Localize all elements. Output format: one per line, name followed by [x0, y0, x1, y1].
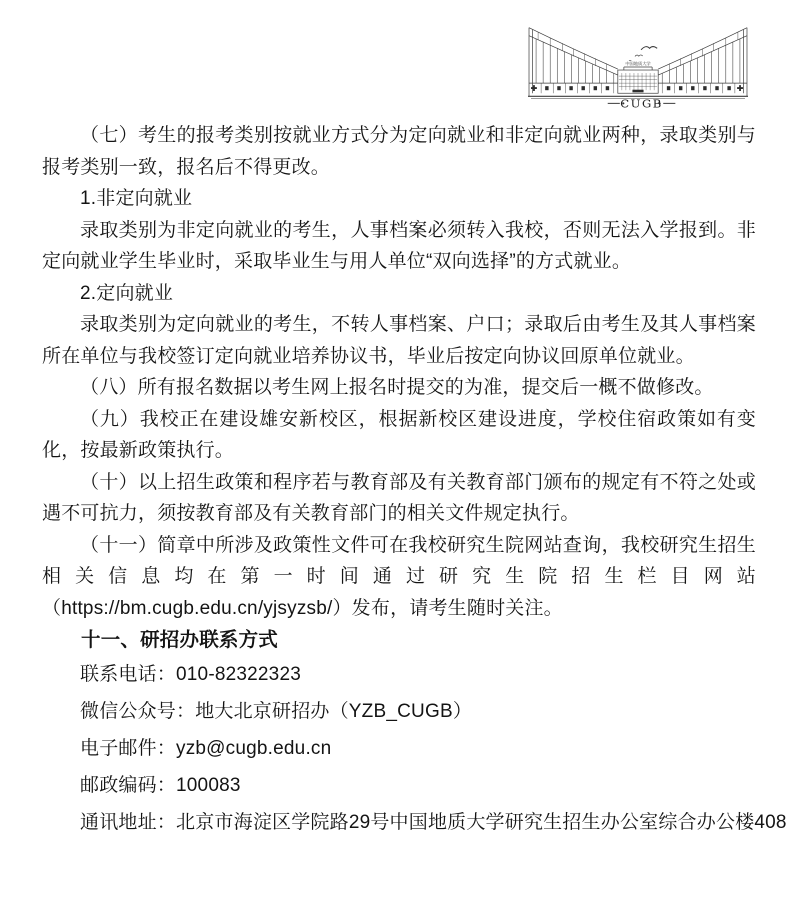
section-heading-contact: 十一、研招办联系方式 [42, 624, 756, 656]
document-page: 中国地质大学 CUGB （七）考生的报考类别按就业方式分为定向就业和非定向就业两… [0, 0, 795, 901]
cugb-logo: 中国地质大学 CUGB [528, 24, 748, 110]
contact-wechat-label: 微信公众号： [80, 701, 195, 722]
contact-wechat-value: 地大北京研招办（YZB_CUGB） [195, 701, 472, 722]
birds-icon [629, 47, 657, 61]
contact-phone-value: 010-82322323 [176, 664, 301, 685]
logo-university-text: 中国地质大学 [625, 60, 651, 67]
cugb-building-icon: 中国地质大学 CUGB [528, 24, 748, 110]
logo-central-building: 中国地质大学 [618, 60, 658, 93]
contact-wechat: 微信公众号：地大北京研招办（YZB_CUGB） [42, 693, 756, 730]
contact-postcode-value: 100083 [176, 775, 241, 796]
contact-address-label: 通讯地址： [80, 812, 176, 833]
contact-postcode-label: 邮政编码： [80, 775, 176, 796]
contact-email-value: yzb@cugb.edu.cn [176, 738, 331, 759]
logo-left-wing [529, 28, 618, 97]
contact-phone: 联系电话：010-82322323 [42, 656, 756, 693]
logo-right-wing [658, 28, 747, 97]
contact-address: 通讯地址：北京市海淀区学院路29号中国地质大学研究生招生办公室综合办公楼408 [42, 804, 756, 841]
paragraph-nondirected-detail: 录取类别为非定向就业的考生，人事档案必须转入我校，否则无法入学报到。非定向就业学… [42, 215, 756, 278]
contact-address-value: 北京市海淀区学院路29号中国地质大学研究生招生办公室综合办公楼408 [176, 812, 787, 833]
contact-email: 电子邮件：yzb@cugb.edu.cn [42, 730, 756, 767]
contact-email-label: 电子邮件： [80, 738, 176, 759]
contact-phone-label: 联系电话： [80, 664, 176, 685]
document-body: （七）考生的报考类别按就业方式分为定向就业和非定向就业两种，录取类别与报考类别一… [42, 120, 756, 841]
list-item-1-nondirected-employment: 1.非定向就业 [42, 183, 756, 215]
paragraph-item-8: （八）所有报名数据以考生网上报名时提交的为准，提交后一概不做修改。 [42, 372, 756, 404]
paragraph-item-9: （九）我校正在建设雄安新校区，根据新校区建设进度，学校住宿政策如有变化，按最新政… [42, 404, 756, 467]
paragraph-item-7: （七）考生的报考类别按就业方式分为定向就业和非定向就业两种，录取类别与报考类别一… [42, 120, 756, 183]
paragraph-item-10: （十）以上招生政策和程序若与教育部及有关教育部门颁布的规定有不符之处或遇不可抗力… [42, 467, 756, 530]
list-item-2-directed-employment: 2.定向就业 [42, 278, 756, 310]
contact-postcode: 邮政编码：100083 [42, 767, 756, 804]
logo-caption-text: CUGB [620, 96, 662, 110]
paragraph-directed-detail: 录取类别为定向就业的考生，不转人事档案、户口；录取后由考生及其人事档案所在单位与… [42, 309, 756, 372]
paragraph-item-11: （十一）简章中所涉及政策性文件可在我校研究生院网站查询，我校研究生招生相关信息均… [42, 530, 756, 625]
logo-caption-row: CUGB [608, 96, 676, 110]
